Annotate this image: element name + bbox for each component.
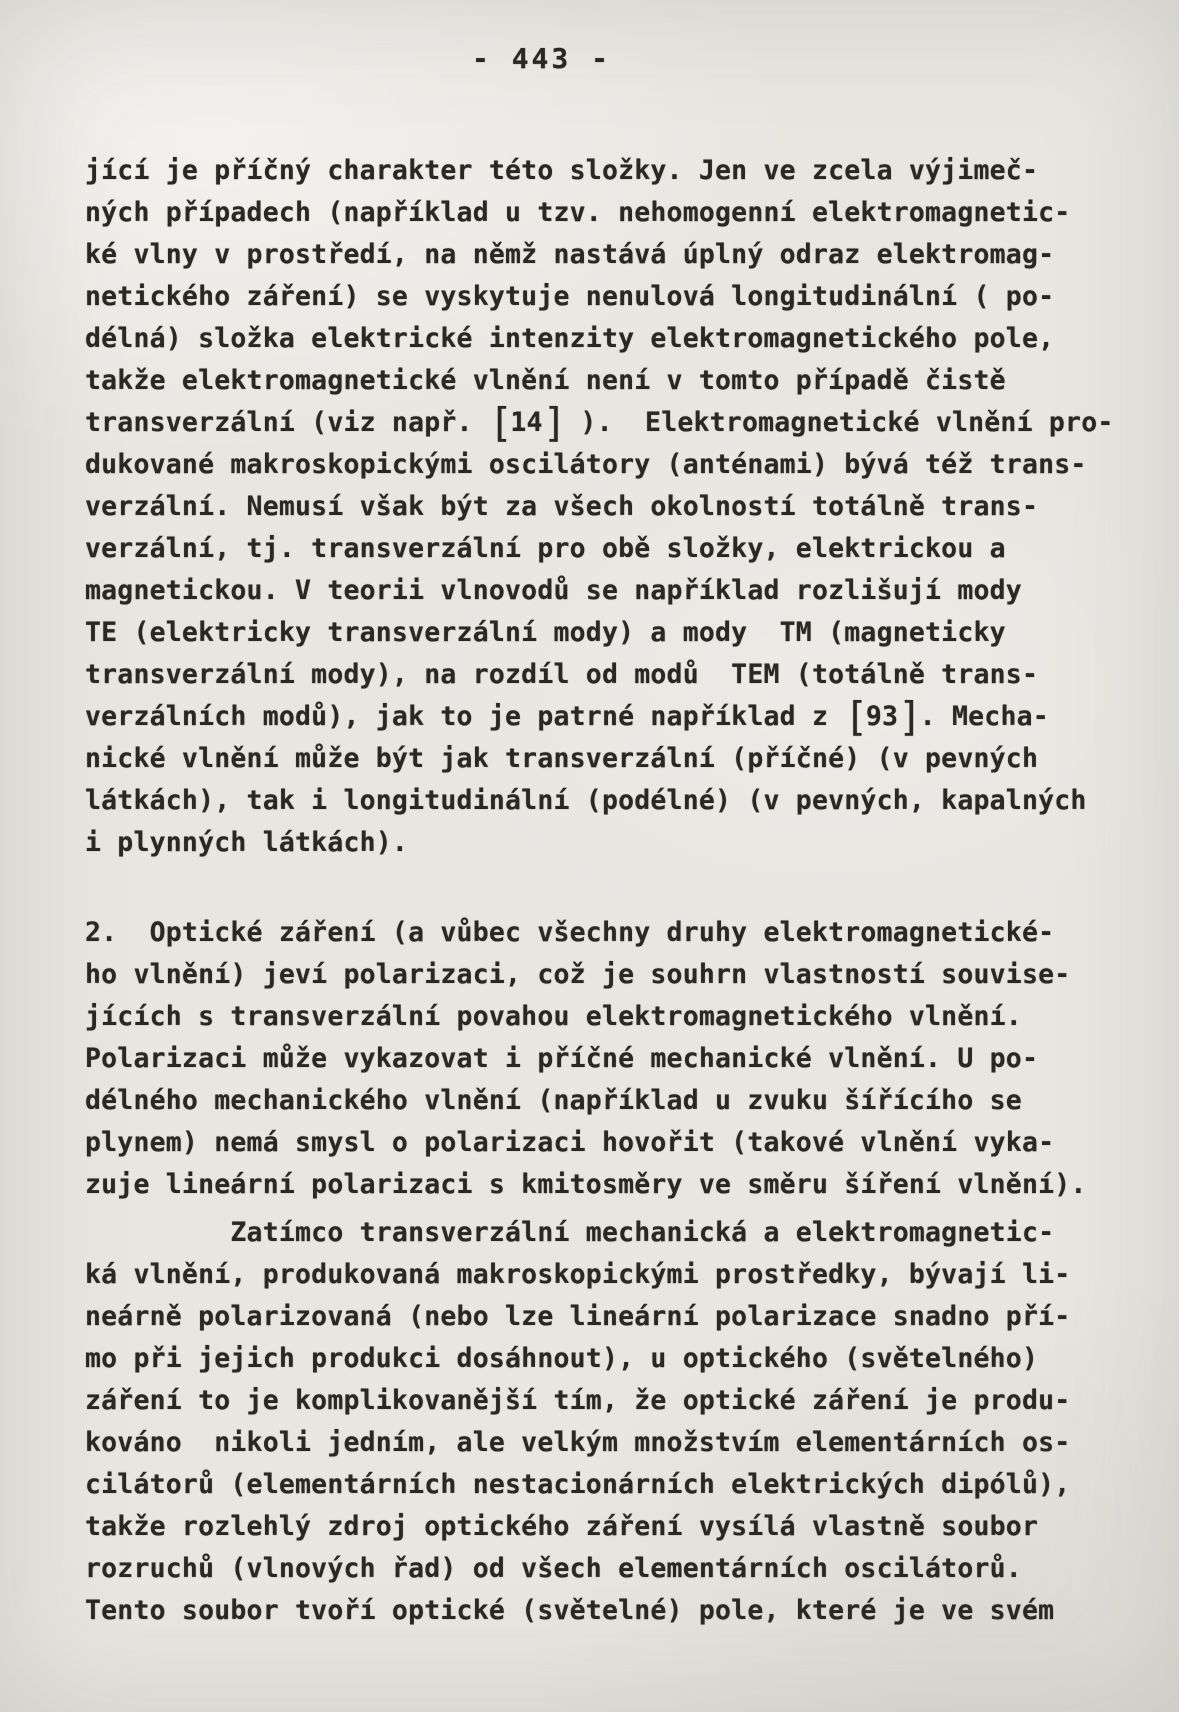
citation-bracket: [ — [489, 401, 511, 447]
text-line: Polarizaci může vykazovat i příčné mecha… — [85, 1038, 1125, 1080]
text-line: látkách), tak i longitudinální (podélné)… — [85, 780, 1125, 822]
text-line: ných případech (například u tzv. nehomog… — [85, 192, 1125, 234]
text-line: jících s transverzální povahou elektroma… — [85, 996, 1125, 1038]
scanned-page: - 443 - jící je příčný charakter této sl… — [0, 0, 1179, 1712]
text-line: plynem) nemá smysl o polarizaci hovořit … — [85, 1122, 1125, 1164]
text-line: mo při jejich produkci dosáhnout), u opt… — [85, 1338, 1125, 1380]
text-line: takže rozlehlý zdroj optického záření vy… — [85, 1506, 1125, 1548]
text-line: ho vlnění) jeví polarizaci, což je souhr… — [85, 954, 1125, 996]
text-line: TE (elektricky transverzální mody) a mod… — [85, 612, 1125, 654]
text-line: dukované makroskopickými oscilátory (ant… — [85, 444, 1125, 486]
page-number: - 443 - — [0, 42, 1131, 75]
text-line: Tento soubor tvoří optické (světelné) po… — [85, 1590, 1125, 1632]
text-line: zuje lineární polarizaci s kmitosměry ve… — [85, 1164, 1125, 1206]
text-line: i plynných látkách). — [85, 822, 1125, 864]
text-line: cilátorů (elementárních nestacionárních … — [85, 1464, 1125, 1506]
text-line: transverzální mody), na rozdíl od modů T… — [85, 654, 1125, 696]
paragraph: 2. Optické záření (a vůbec všechny druhy… — [85, 912, 1125, 1206]
text-line: 2. Optické záření (a vůbec všechny druhy… — [85, 912, 1125, 954]
citation-bracket: ] — [898, 695, 920, 741]
text-line: magnetickou. V teorii vlnovodů se napřík… — [85, 570, 1125, 612]
paragraph: Zatímco transverzální mechanická a elekt… — [85, 1212, 1125, 1632]
text-line: nické vlnění může být jak transverzální … — [85, 738, 1125, 780]
text-line: záření to je komplikovanější tím, že opt… — [85, 1380, 1125, 1422]
text-line: neárně polarizovaná (nebo lze lineární p… — [85, 1296, 1125, 1338]
text-line: délného mechanického vlnění (například u… — [85, 1080, 1125, 1122]
citation-bracket: [ — [844, 695, 866, 741]
text-line: rozruchů (vlnových řad) od všech element… — [85, 1548, 1125, 1590]
text-line: netického záření) se vyskytuje nenulová … — [85, 276, 1125, 318]
page-body-text: jící je příčný charakter této složky. Je… — [85, 150, 1125, 1632]
text-line: verzálních modů), jak to je patrné napří… — [85, 696, 1125, 738]
text-line: verzální, tj. transverzální pro obě slož… — [85, 528, 1125, 570]
text-line: délná) složka elektrické intenzity elekt… — [85, 318, 1125, 360]
text-line: transverzální (viz např. [14] ). Elektro… — [85, 402, 1125, 444]
text-line: jící je příčný charakter této složky. Je… — [85, 150, 1125, 192]
text-line: verzální. Nemusí však být za všech okoln… — [85, 486, 1125, 528]
paragraph: jící je příčný charakter této složky. Je… — [85, 150, 1125, 864]
text-line: ká vlnění, produkovaná makroskopickými p… — [85, 1254, 1125, 1296]
text-line: takže elektromagnetické vlnění není v to… — [85, 360, 1125, 402]
text-line: Zatímco transverzální mechanická a elekt… — [85, 1212, 1125, 1254]
text-line: ké vlny v prostředí, na němž nastává úpl… — [85, 234, 1125, 276]
citation-bracket: ] — [543, 401, 565, 447]
text-line: kováno nikoli jedním, ale velkým množstv… — [85, 1422, 1125, 1464]
